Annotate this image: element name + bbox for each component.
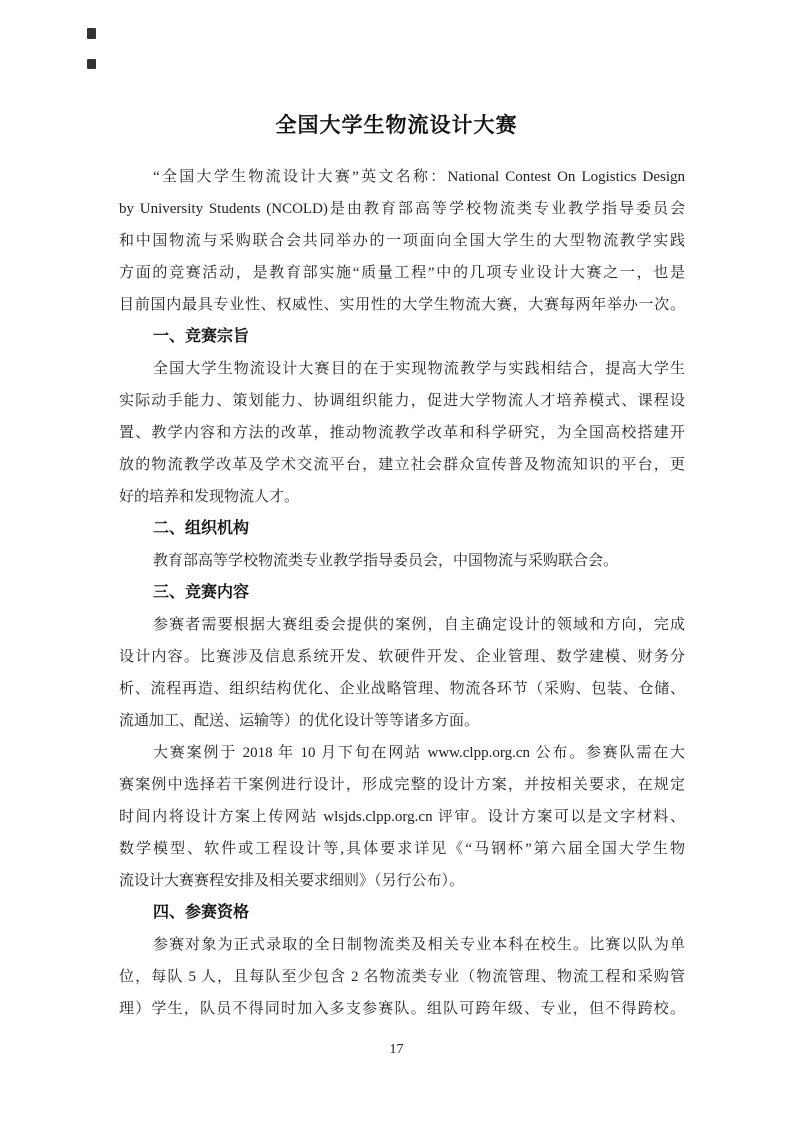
section-heading: 一、竞赛宗旨 [119, 321, 685, 353]
text-line: 全国大学生物流设计大赛目的在于实现物流教学与实践相结合，提高大学生 [119, 353, 685, 385]
text-line: 赛案例中选择若干案例进行设计，形成完整的设计方案，并按相关要求，在规定 [119, 769, 685, 801]
text-line: 和中国物流与采购联合会共同举办的一项面向全国大学生的大型物流教学实践 [119, 225, 685, 257]
section-heading: 四、参赛资格 [119, 897, 685, 929]
text-line: 目前国内最具专业性、权威性、实用性的大学生物流大赛，大赛每两年举办一次。 [119, 289, 685, 321]
page-title: 全国大学生物流设计大赛 [0, 108, 793, 144]
text-line: 设计内容。比赛涉及信息系统开发、软硬件开发、企业管理、数学建模、财务分 [119, 641, 685, 673]
section-heading: 三、竞赛内容 [119, 577, 685, 609]
text-line: 时间内将设计方案上传网站 wlsjds.clpp.org.cn 评审。设计方案可… [119, 801, 685, 833]
text-line: 方面的竞赛活动，是教育部实施“质量工程”中的几项专业设计大赛之一，也是 [119, 257, 685, 289]
text-line: 置、教学内容和方法的改革，推动物流教学改革和科学研究，为全国高校搭建开 [119, 417, 685, 449]
text-line: 实际动手能力、策划能力、协调组织能力，促进大学物流人才培养模式、课程设 [119, 385, 685, 417]
text-line: 放的物流教学改革及学术交流平台，建立社会群众宣传普及物流知识的平台，更 [119, 449, 685, 481]
text-line: by University Students (NCOLD)是由教育部高等学校物… [119, 193, 685, 225]
text-line: 析、流程再造、组织结构优化、企业战略管理、物流各环节（采购、包装、仓储、 [119, 673, 685, 705]
document-body: “全国大学生物流设计大赛”英文名称：National Contest On Lo… [119, 161, 685, 1025]
text-line: 参赛者需要根据大赛组委会提供的案例，自主确定设计的领域和方向，完成 [119, 609, 685, 641]
text-line: “全国大学生物流设计大赛”英文名称：National Contest On Lo… [119, 161, 685, 193]
document-page: 全国大学生物流设计大赛 “全国大学生物流设计大赛”英文名称：National C… [0, 0, 793, 1122]
text-line: 数学模型、软件或工程设计等,具体要求详见《“马钢杯”第六届全国大学生物 [119, 833, 685, 865]
text-line: 好的培养和发现物流人才。 [119, 481, 685, 513]
text-line: 流通加工、配送、运输等）的优化设计等等诸多方面。 [119, 705, 685, 737]
text-line: 位，每队 5 人，且每队至少包含 2 名物流类专业（物流管理、物流工程和采购管 [119, 961, 685, 993]
section-heading: 二、组织机构 [119, 513, 685, 545]
scan-artifact [87, 28, 96, 39]
scan-artifact [87, 59, 96, 69]
text-line: 流设计大赛赛程安排及相关要求细则》（另行公布）。 [119, 865, 685, 897]
text-line: 教育部高等学校物流类专业教学指导委员会，中国物流与采购联合会。 [119, 545, 685, 577]
page-number: 17 [0, 1036, 793, 1064]
text-line: 大赛案例于 2018 年 10 月下旬在网站 www.clpp.org.cn 公… [119, 737, 685, 769]
text-line: 理）学生，队员不得同时加入多支参赛队。组队可跨年级、专业，但不得跨校。 [119, 993, 685, 1025]
text-line: 参赛对象为正式录取的全日制物流类及相关专业本科在校生。比赛以队为单 [119, 929, 685, 961]
